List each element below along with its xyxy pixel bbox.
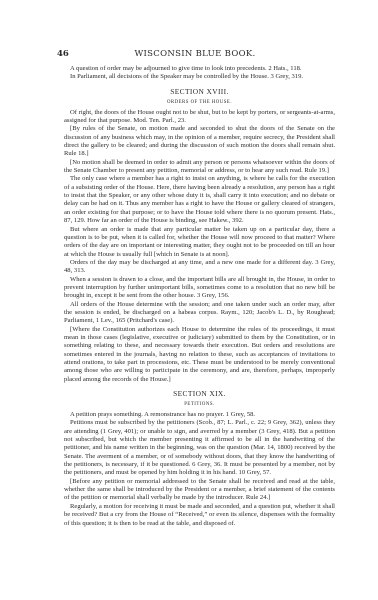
- section-title: SECTION XVIII.: [64, 87, 335, 97]
- paragraph: But where an order is made that any part…: [64, 226, 335, 259]
- running-head: 46 WISCONSIN BLUE BOOK.: [57, 48, 333, 60]
- document-page: 46 WISCONSIN BLUE BOOK. A question of or…: [0, 0, 378, 600]
- paragraph: Orders of the day may be discharged at a…: [64, 259, 335, 276]
- intro-paragraph: In Parliament, all decisions of the Spea…: [64, 73, 335, 81]
- page-body: A question of order may be adjourned to …: [64, 65, 335, 528]
- paragraph: The only case where a member has a right…: [64, 175, 335, 225]
- book-title: WISCONSIN BLUE BOOK.: [57, 48, 333, 60]
- paragraph: Regularly, a motion for receiving it mus…: [64, 503, 335, 528]
- paragraph: [No motion shall be deemed in order to a…: [64, 159, 335, 176]
- paragraph: Petitions must be subscribed by the peti…: [64, 419, 335, 477]
- paragraph: [Where the Constitution authorizes each …: [64, 326, 335, 384]
- section-subtitle: PETITIONS.: [64, 401, 335, 409]
- paragraph: [By rules of the Senate, on motion made …: [64, 125, 335, 158]
- section-title: SECTION XIX.: [64, 389, 335, 399]
- intro-paragraph: A question of order may be adjourned to …: [64, 65, 335, 73]
- paragraph: [Before any petition or memorial address…: [64, 478, 335, 503]
- paragraph: Of right, the doors of the House ought n…: [64, 109, 335, 126]
- paragraph: All orders of the House determine with t…: [64, 301, 335, 326]
- paragraph: A petition prays something. A remonstran…: [64, 411, 335, 419]
- paragraph: When a session is drawn to a close, and …: [64, 276, 335, 301]
- section-subtitle: ORDERS OF THE HOUSE.: [64, 99, 335, 107]
